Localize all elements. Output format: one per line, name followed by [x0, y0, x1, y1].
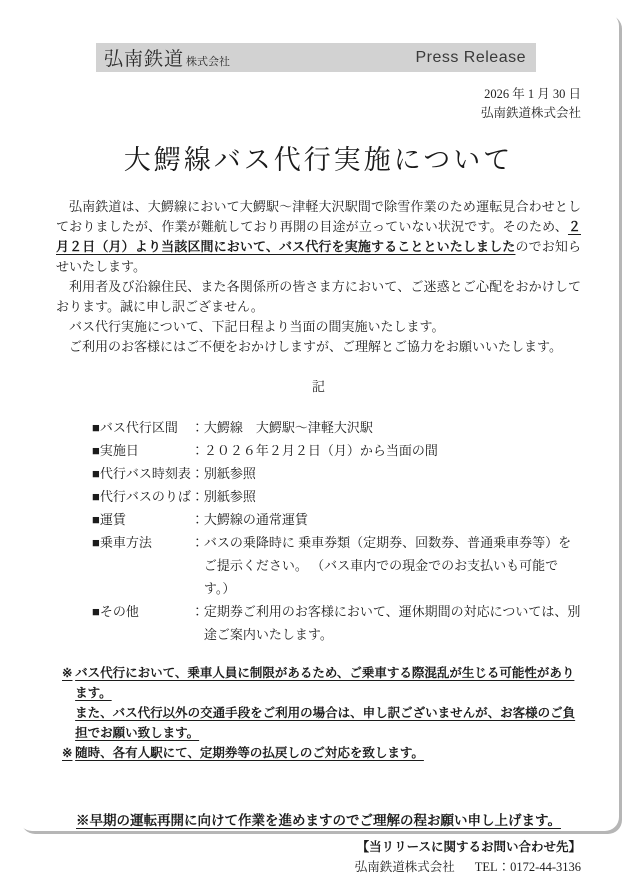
paragraph: バス代行実施について、下記日程より当面の間実施いたします。 [56, 317, 581, 337]
company-logo-large: 弘南鉄道 [104, 44, 184, 71]
record-marker: 記 [56, 376, 581, 395]
note-row: また、バス代行以外の交通手段をご利用の場合は、申し訳ございませんが、お客様のご負… [62, 703, 581, 743]
paragraph-text: ご利用のお客様にはご不便をおかけしますが、ご理解とご協力をお願いいたします。 [69, 339, 562, 354]
date-block: 2026 年 1 月 30 日 弘南鉄道株式会社 [56, 85, 581, 123]
bullet-row: ■バス代行区間 ：大鰐線 大鰐駅～津軽大沢駅 [92, 416, 581, 439]
bullet-row: ■実施日 ：２０２６年２月２日（月）から当面の間 [92, 439, 581, 462]
page-content: 弘南鉄道 株式会社 Press Release 2026 年 1 月 30 日 … [18, 43, 619, 850]
header-banner: 弘南鉄道 株式会社 Press Release [96, 43, 536, 72]
bullet-value: 定期券ご利用のお客様において、運休期間の対応については、別途ご案内いたします。 [204, 600, 581, 646]
paragraph: 利用者及び沿線住民、また各関係所の皆さま方において、ご迷惑とご心配をおかけしてお… [56, 277, 581, 317]
note-marker: ※ [62, 663, 75, 683]
issuing-company: 弘南鉄道株式会社 [56, 104, 581, 123]
contact-heading: 【当リリースに関するお問い合わせ先】 [56, 837, 581, 850]
bullet-value: バスの乗降時に 乗車券類（定期券、回数券、普通乗車券等）をご提示ください。 （バ… [204, 531, 581, 600]
bullet-label: ■その他 ： [92, 600, 204, 623]
press-release-page: 弘南鉄道 株式会社 Press Release 2026 年 1 月 30 日 … [18, 12, 619, 831]
bullet-label: ■代行バスのりば： [92, 485, 204, 508]
bullet-value: 大鰐線の通常運賃 [204, 508, 581, 531]
contact-block: 【当リリースに関するお問い合わせ先】 弘南鉄道株式会社TEL：0172-44-3… [56, 837, 581, 850]
bullet-row: ■乗車方法 ：バスの乗降時に 乗車券類（定期券、回数券、普通乗車券等）をご提示く… [92, 531, 581, 600]
bullet-list: ■バス代行区間 ：大鰐線 大鰐駅～津軽大沢駅■実施日 ：２０２６年２月２日（月）… [92, 416, 581, 646]
document-title: 大鰐線バス代行実施について [56, 138, 581, 177]
company-logo-small: 株式会社 [186, 53, 230, 69]
paragraph-text: 利用者及び沿線住民、また各関係所の皆さま方において、ご迷惑とご心配をおかけしてお… [56, 279, 581, 314]
note-text: 随時、各有人駅にて、定期券等の払戻しのご対応を致します。 [75, 743, 581, 763]
paragraph: 弘南鉄道は、大鰐線において大鰐駅～津軽大沢駅間で除雪作業のため運転見合わせとして… [56, 197, 581, 277]
note-row: ※随時、各有人駅にて、定期券等の払戻しのご対応を致します。 [62, 743, 581, 763]
note-marker: ※ [62, 743, 75, 763]
release-date: 2026 年 1 月 30 日 [56, 85, 581, 104]
bullet-label: ■運賃 ： [92, 508, 204, 531]
press-release-label: Press Release [415, 49, 526, 67]
note-text: また、バス代行以外の交通手段をご利用の場合は、申し訳ございませんが、お客様のご負… [75, 703, 581, 743]
bullet-row: ■代行バスのりば：別紙参照 [92, 485, 581, 508]
paragraph: ご利用のお客様にはご不便をおかけしますが、ご理解とご協力をお願いいたします。 [56, 337, 581, 357]
bullet-value: 別紙参照 [204, 485, 581, 508]
note-row: ※バス代行において、乗車人員に制限があるため、ご乗車する際混乱が生じる可能性があ… [62, 663, 581, 703]
paragraph-text: 弘南鉄道は、大鰐線において大鰐駅～津軽大沢駅間で除雪作業のため運転見合わせとして… [56, 199, 581, 234]
body-paragraphs: 弘南鉄道は、大鰐線において大鰐駅～津軽大沢駅間で除雪作業のため運転見合わせとして… [56, 197, 581, 357]
bullet-label: ■乗車方法 ： [92, 531, 204, 554]
bullet-label: ■バス代行区間 ： [92, 416, 204, 439]
bullet-row: ■その他 ：定期券ご利用のお客様において、運休期間の対応については、別途ご案内い… [92, 600, 581, 646]
company-logo: 弘南鉄道 株式会社 [104, 44, 230, 71]
bullet-label: ■代行バス時刻表： [92, 462, 204, 485]
bullet-value: 大鰐線 大鰐駅～津軽大沢駅 [204, 416, 581, 439]
paragraph-text: バス代行実施について、下記日程より当面の間実施いたします。 [69, 319, 444, 334]
bullet-row: ■代行バス時刻表：別紙参照 [92, 462, 581, 485]
bullet-label: ■実施日 ： [92, 439, 204, 462]
notes-list: ※バス代行において、乗車人員に制限があるため、ご乗車する際混乱が生じる可能性があ… [62, 663, 581, 763]
note-text: バス代行において、乗車人員に制限があるため、ご乗車する際混乱が生じる可能性があり… [75, 663, 581, 703]
bullet-value: ２０２６年２月２日（月）から当面の間 [204, 439, 581, 462]
bullet-value: 別紙参照 [204, 462, 581, 485]
footer-notice: ※早期の運転再開に向けて作業を進めますのでご理解の程お願い申し上げます。 [56, 809, 581, 829]
bullet-row: ■運賃 ：大鰐線の通常運賃 [92, 508, 581, 531]
